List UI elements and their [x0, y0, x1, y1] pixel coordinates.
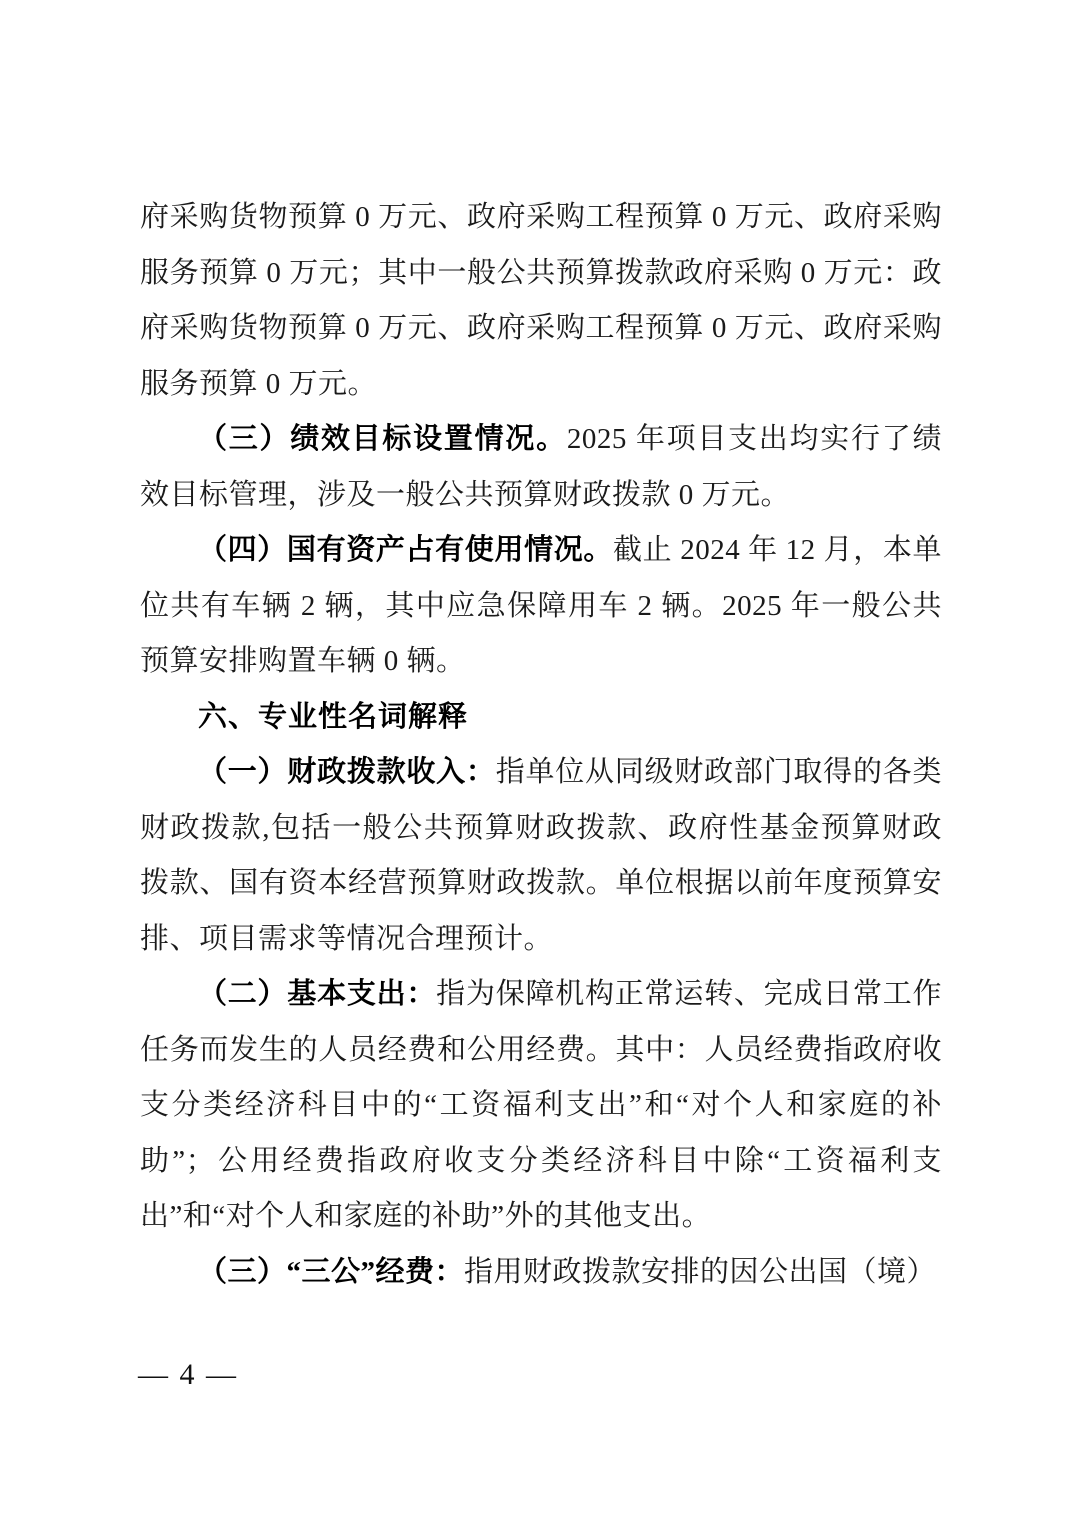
paragraph-term-basic-expenditure: （二）基本支出：指为保障机构正常运转、完成日常工作任务而发生的人员经费和公用经费…: [140, 967, 942, 1245]
page-number: — 4 —: [138, 1352, 238, 1398]
paragraph-procurement-continued: 府采购货物预算 0 万元、政府采购工程预算 0 万元、政府采购服务预算 0 万元…: [140, 190, 942, 412]
paragraph-term-fiscal-appropriation: （一）财政拨款收入：指单位从同级财政部门取得的各类财政拨款,包括一般公共预算财政…: [140, 745, 942, 967]
document-body: 府采购货物预算 0 万元、政府采购工程预算 0 万元、政府采购服务预算 0 万元…: [140, 190, 942, 1300]
paragraph-performance-lead: （三）绩效目标设置情况。: [198, 423, 567, 455]
paragraph-state-assets-lead: （四）国有资产占有使用情况。: [198, 534, 613, 566]
paragraph-term1-lead: （一）财政拨款收入：: [198, 756, 496, 788]
paragraph-term2-body: 指为保障机构正常运转、完成日常工作任务而发生的人员经费和公用经费。其中：人员经费…: [140, 978, 942, 1232]
paragraph-performance-targets: （三）绩效目标设置情况。2025 年项目支出均实行了绩效目标管理，涉及一般公共预…: [140, 412, 942, 523]
section-heading-terminology: 六、专业性名词解释: [140, 690, 942, 746]
paragraph-term3-body: 指用财政拨款安排的因公出国（境）: [464, 1256, 936, 1288]
paragraph-term-three-public-funds: （三）“三公”经费：指用财政拨款安排的因公出国（境）: [140, 1245, 942, 1301]
paragraph-state-assets: （四）国有资产占有使用情况。截止 2024 年 12 月，本单位共有车辆 2 辆…: [140, 523, 942, 690]
document-page: 府采购货物预算 0 万元、政府采购工程预算 0 万元、政府采购服务预算 0 万元…: [0, 0, 1074, 1520]
paragraph-term2-lead: （二）基本支出：: [198, 978, 436, 1010]
paragraph-term3-lead: （三）“三公”经费：: [198, 1256, 464, 1288]
